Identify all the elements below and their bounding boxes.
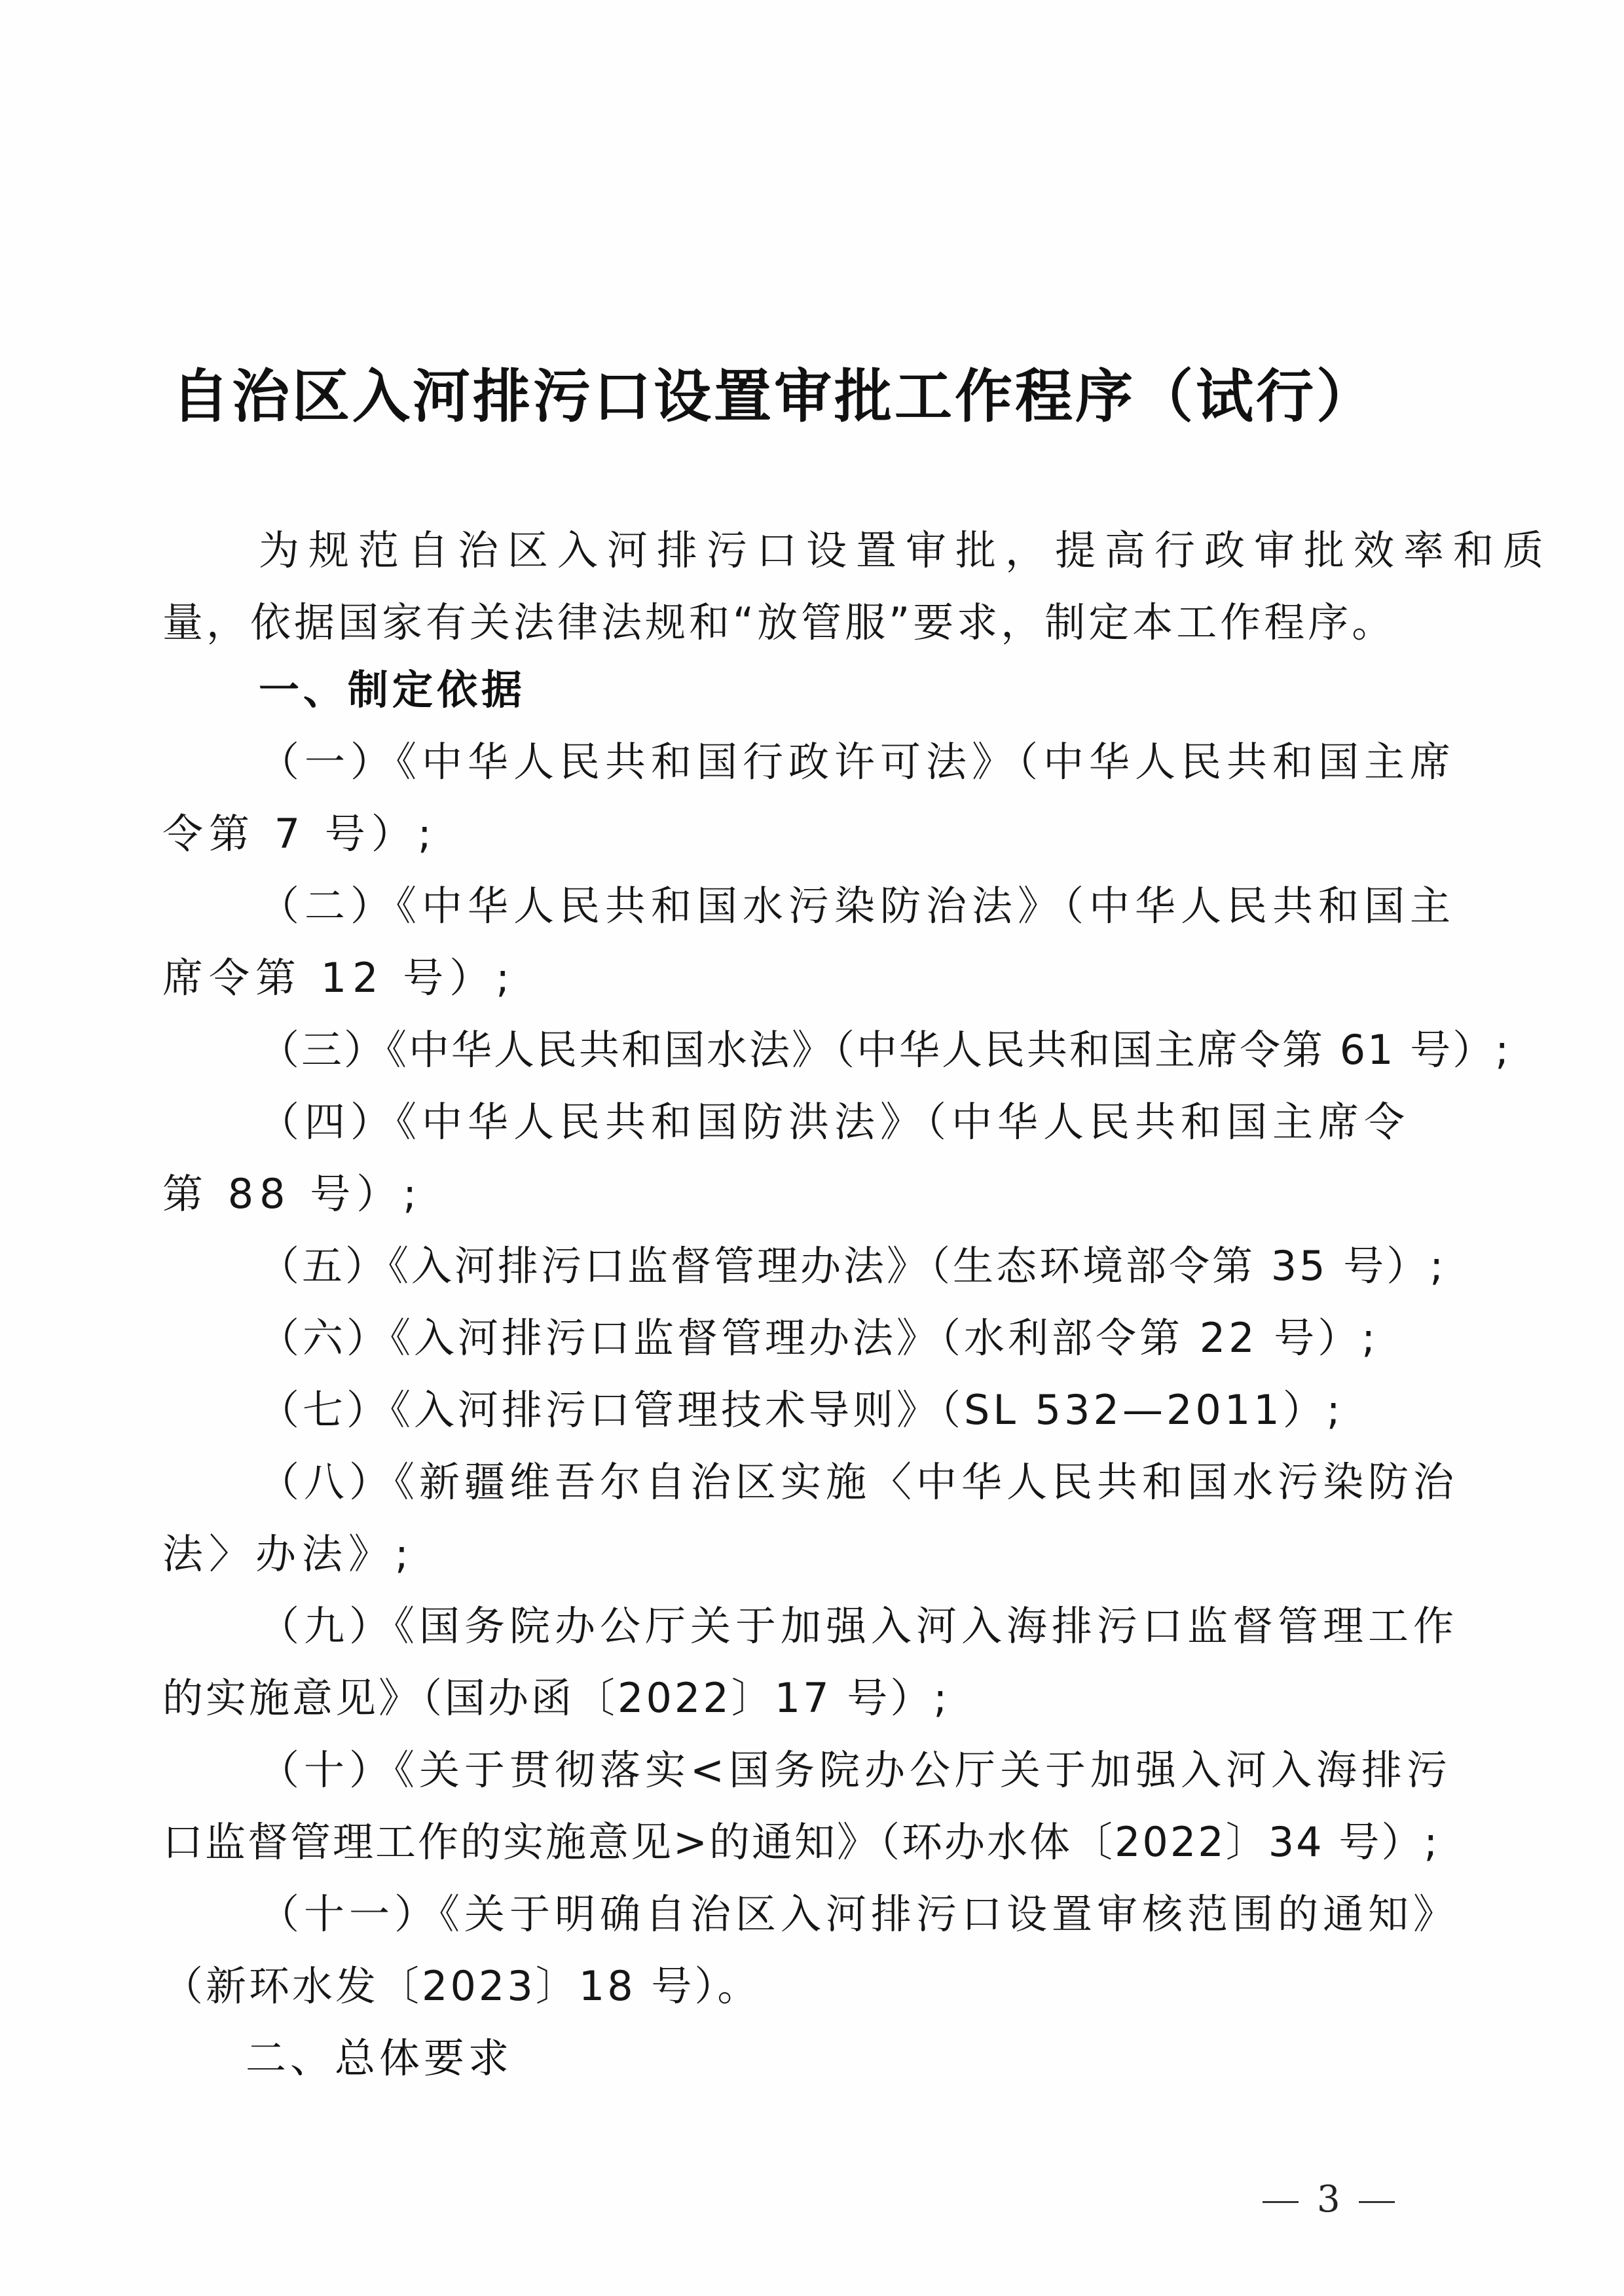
basis-item-8-line-2: 法〉办法》; [162, 1531, 1393, 1578]
section-heading-general-requirements: 二、总体要求 [246, 2035, 513, 2082]
document-page: 自治区入河排污口设置审批工作程序（试行） 为规范自治区入河排污口设置审批，提高行… [0, 0, 1624, 2296]
section-heading-basis: 一、制定依据 [259, 666, 526, 714]
basis-item-8-line-1: （八）《新疆维吾尔自治区实施〈中华人民共和国水污染防治 [259, 1459, 1490, 1506]
basis-item-9-line-2: 的实施意见》（国办函〔2022〕17 号）; [162, 1675, 1393, 1722]
document-title: 自治区入河排污口设置审批工作程序（试行） [172, 357, 1455, 435]
basis-item-2-line-2: 席令第 12 号）; [162, 955, 1393, 1002]
basis-item-10-line-2: 口监督管理工作的实施意见>的通知》（环办水体〔2022〕34 号）; [162, 1819, 1393, 1866]
page-number: 3 [1244, 2177, 1413, 2223]
intro-line-1: 为规范自治区入河排污口设置审批，提高行政审批效率和质 [259, 527, 1490, 574]
basis-item-9-line-1: （九）《国务院办公厅关于加强入河入海排污口监督管理工作 [259, 1603, 1490, 1650]
intro-line-2: 量，依据国家有关法律法规和“放管服”要求，制定本工作程序。 [162, 599, 1393, 646]
basis-item-10-line-1: （十）《关于贯彻落实<国务院办公厅关于加强入河入海排污 [259, 1747, 1490, 1794]
basis-item-4-line-2: 第 88 号）; [162, 1171, 1393, 1218]
basis-item-11-line-2: （新环水发〔2023〕18 号）。 [162, 1963, 1393, 2010]
basis-item-11-line-1: （十一）《关于明确自治区入河排污口设置审核范围的通知》 [259, 1891, 1490, 1938]
basis-item-7: （七）《入河排污口管理技术导则》（SL 532—2011）; [259, 1387, 1490, 1434]
basis-item-4-line-1: （四）《中华人民共和国防洪法》（中华人民共和国主席令 [259, 1099, 1490, 1146]
basis-item-1-line-1: （一）《中华人民共和国行政许可法》（中华人民共和国主席 [259, 738, 1490, 786]
basis-item-1-line-2: 令第 7 号）; [162, 811, 1393, 858]
page-number-dash-right [1359, 2201, 1395, 2203]
basis-item-2-line-1: （二）《中华人民共和国水污染防治法》（中华人民共和国主 [259, 883, 1490, 930]
basis-item-3: （三）《中华人民共和国水法》（中华人民共和国主席令第 61 号）; [259, 1027, 1490, 1074]
page-number-value: 3 [1317, 2178, 1340, 2221]
basis-item-6: （六）《入河排污口监督管理办法》（水利部令第 22 号）; [259, 1315, 1490, 1362]
basis-item-5: （五）《入河排污口监督管理办法》（生态环境部令第 35 号）; [259, 1243, 1490, 1290]
page-number-dash-left [1263, 2201, 1299, 2203]
